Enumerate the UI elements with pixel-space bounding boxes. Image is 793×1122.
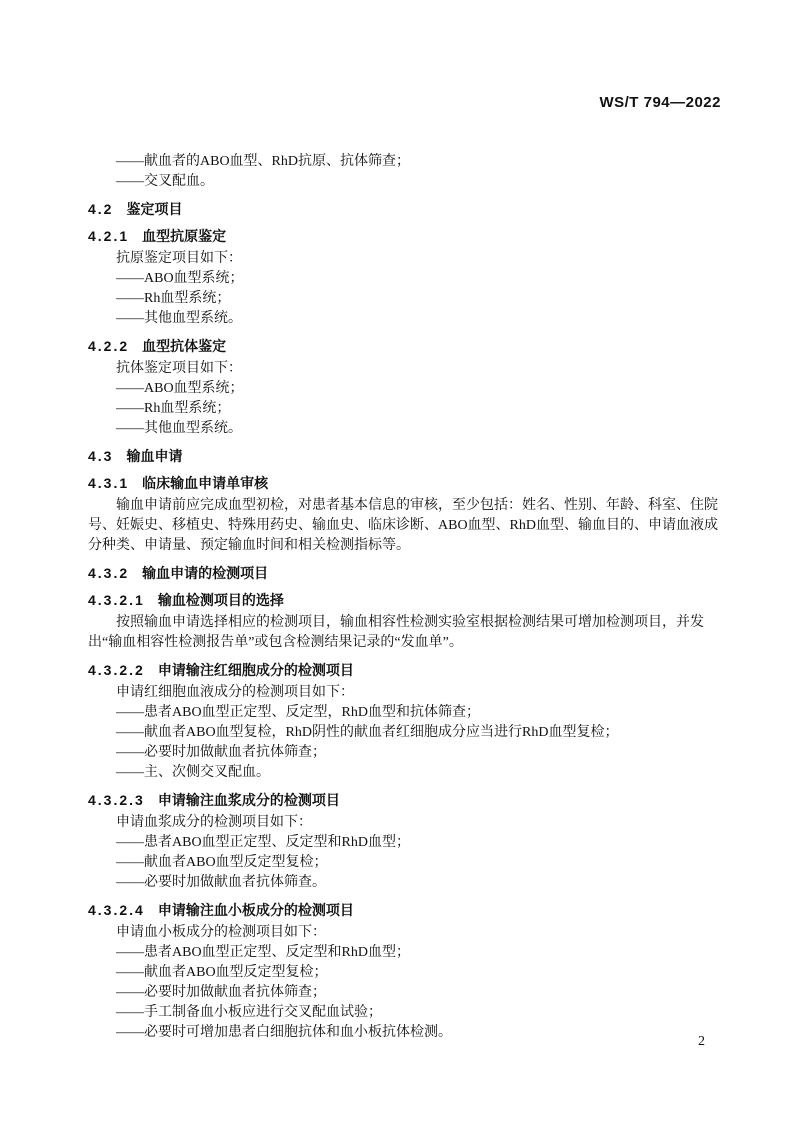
dash-list-item: ——ABO血型系统； [88, 379, 720, 399]
dash-list-item: ——Rh血型系统； [88, 399, 720, 419]
clause-number: 4.3.2 [88, 565, 129, 581]
clause-title: 临床输血申请单审核 [142, 475, 268, 491]
clause-title: 申请输注红细胞成分的检测项目 [158, 662, 354, 678]
dash-list-item: ——献血者ABO血型反定型复检； [88, 963, 720, 983]
clause-number: 4.2.2 [88, 338, 129, 354]
dash-list-item: ——献血者的ABO血型、RhD抗原、抗体筛查； [88, 152, 720, 172]
doc-code-header: WS/T 794—2022 [599, 94, 721, 111]
clause-number: 4.3.2.3 [88, 792, 145, 808]
clause-title: 申请输注血浆成分的检测项目 [158, 792, 340, 808]
clause-title: 输血检测项目的选择 [158, 592, 284, 608]
section-heading-4-3-2-3: 4.3.2.3申请输注血浆成分的检测项目 [88, 790, 720, 810]
dash-list-item: ——患者ABO血型正定型、反定型，RhD血型和抗体筛查； [88, 703, 720, 723]
dash-list-item: ——患者ABO血型正定型、反定型和RhD血型； [88, 943, 720, 963]
section-heading-4-3-1: 4.3.1临床输血申请单审核 [88, 473, 720, 493]
lead-line: 抗原鉴定项目如下： [88, 249, 720, 269]
clause-number: 4.3 [88, 448, 113, 464]
dash-list-item: ——其他血型系统。 [88, 309, 720, 329]
page-number: 2 [698, 1034, 705, 1050]
dash-list-item: ——必要时加做献血者抗体筛查。 [88, 873, 720, 893]
clause-title: 申请输注血小板成分的检测项目 [158, 902, 354, 918]
clause-title: 血型抗体鉴定 [142, 338, 226, 354]
dash-list-item: ——主、次侧交叉配血。 [88, 763, 720, 783]
lead-line: 申请血小板成分的检测项目如下： [88, 923, 720, 943]
clause-number: 4.2.1 [88, 228, 129, 244]
section-heading-4-2: 4.2鉴定项目 [88, 199, 720, 219]
lead-line: 抗体鉴定项目如下： [88, 359, 720, 379]
dash-list-item: ——献血者ABO血型复检，RhD阴性的献血者红细胞成分应当进行RhD血型复检； [88, 723, 720, 743]
section-heading-4-3-2-2: 4.3.2.2申请输注红细胞成分的检测项目 [88, 660, 720, 680]
dash-list-item: ——手工制备血小板应进行交叉配血试验； [88, 1003, 720, 1023]
body-paragraph: 按照输血申请选择相应的检测项目，输血相容性检测实验室根据检测结果可增加检测项目，… [88, 613, 720, 653]
clause-number: 4.3.2.2 [88, 662, 145, 678]
dash-list-item: ——献血者ABO血型反定型复检； [88, 853, 720, 873]
section-heading-4-3-2: 4.3.2输血申请的检测项目 [88, 563, 720, 583]
section-heading-4-2-1: 4.2.1血型抗原鉴定 [88, 226, 720, 246]
dash-list-item: ——ABO血型系统； [88, 269, 720, 289]
clause-title: 血型抗原鉴定 [142, 228, 226, 244]
dash-list-item: ——患者ABO血型正定型、反定型和RhD血型； [88, 833, 720, 853]
clause-title: 输血申请的检测项目 [142, 565, 268, 581]
lead-line: 申请血浆成分的检测项目如下： [88, 813, 720, 833]
dash-list-item: ——必要时可增加患者白细胞抗体和血小板抗体检测。 [88, 1023, 720, 1043]
clause-number: 4.3.2.4 [88, 902, 145, 918]
dash-list-item: ——必要时加做献血者抗体筛查； [88, 743, 720, 763]
section-heading-4-2-2: 4.2.2血型抗体鉴定 [88, 336, 720, 356]
lead-line: 申请红细胞血液成分的检测项目如下： [88, 683, 720, 703]
dash-list-item: ——其他血型系统。 [88, 419, 720, 439]
clause-title: 鉴定项目 [126, 201, 182, 217]
dash-list-item: ——Rh血型系统； [88, 289, 720, 309]
dash-list-item: ——必要时加做献血者抗体筛查； [88, 983, 720, 1003]
clause-number: 4.3.2.1 [88, 592, 145, 608]
section-heading-4-3-2-4: 4.3.2.4申请输注血小板成分的检测项目 [88, 900, 720, 920]
body-paragraph: 输血申请前应完成血型初检，对患者基本信息的审核，至少包括：姓名、性别、年龄、科室… [88, 496, 720, 556]
section-heading-4-3-2-1: 4.3.2.1输血检测项目的选择 [88, 590, 720, 610]
clause-title: 输血申请 [126, 448, 182, 464]
clause-number: 4.3.1 [88, 475, 129, 491]
section-heading-4-3: 4.3输血申请 [88, 446, 720, 466]
clause-number: 4.2 [88, 201, 113, 217]
page-content: ——献血者的ABO血型、RhD抗原、抗体筛查； ——交叉配血。 4.2鉴定项目 … [88, 152, 720, 1043]
dash-list-item: ——交叉配血。 [88, 172, 720, 192]
